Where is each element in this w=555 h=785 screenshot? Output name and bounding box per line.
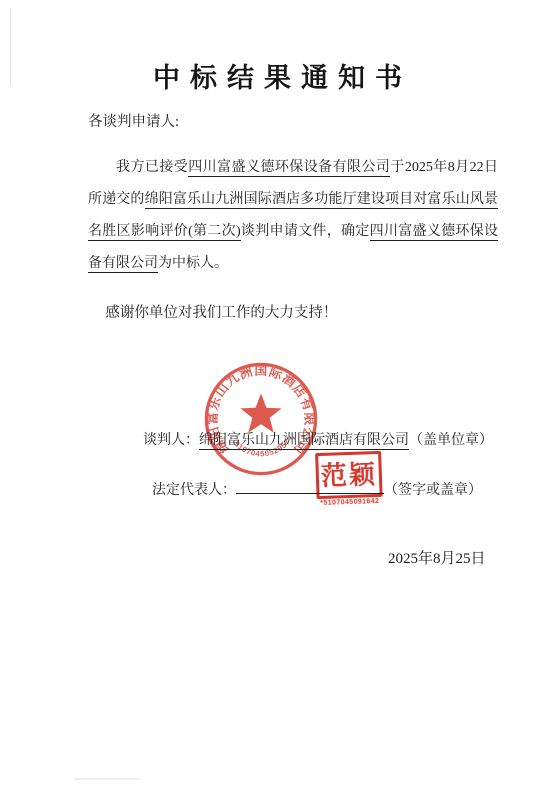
name-seal-number: *5107045091642: [317, 498, 383, 507]
scan-artifact-bottom: [74, 778, 140, 780]
seal-star-icon: [240, 393, 281, 432]
company-round-seal: 绵阳富乐山九洲国际酒店有限公司 5107045052957: [202, 360, 320, 478]
salutation: 各谈判申请人:: [88, 110, 179, 131]
negotiator-label: 谈判人：: [143, 433, 199, 448]
document-page: 中标结果通知书 各谈判申请人: 我方已接受四川富盛义德环保设备有限公司于2025…: [0, 0, 555, 785]
round-seal-graphic: 绵阳富乐山九洲国际酒店有限公司 5107045052957: [202, 360, 320, 478]
body-text-segment: 我方已接受: [116, 160, 188, 175]
legal-rep-note: （签字或盖章）: [384, 483, 482, 498]
negotiator-note: （盖单位章）: [409, 433, 493, 448]
body-paragraph: 我方已接受四川富盛义德环保设备有限公司于2025年8月22日所递交的绵阳富乐山九…: [88, 152, 498, 280]
document-date: 2025年8月25日: [388, 547, 486, 568]
body-text-segment: 为中标人。: [158, 256, 228, 271]
legal-rep-label: 法定代表人：: [152, 483, 236, 498]
negotiator-company: 绵阳富乐山九洲国际酒店有限公司: [199, 433, 409, 450]
body-underlined-segment: 四川富盛义德环保设备有限公司: [188, 160, 390, 177]
legal-rep-name-seal: 范颖 *5107045091642: [315, 451, 383, 507]
negotiator-row: 谈判人：绵阳富乐山九洲国际酒店有限公司（盖单位章）: [143, 429, 493, 449]
name-seal-box: 范颖: [315, 451, 383, 499]
thanks-line: 感谢你单位对我们工作的大力支持！: [88, 301, 498, 322]
document-title: 中标结果通知书: [0, 56, 555, 95]
body-text-segment: 谈判申请文件，确定: [241, 224, 370, 239]
